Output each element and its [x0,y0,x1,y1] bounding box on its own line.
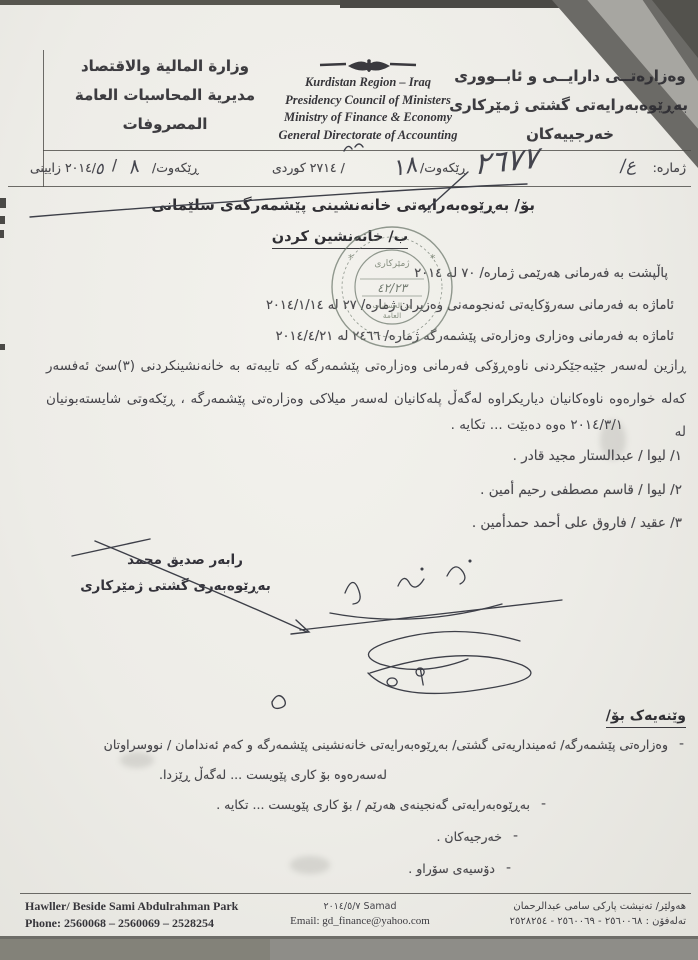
ref-number-handwritten: ٢٦٧٧ [474,140,539,182]
officer-item: ٢/ لیوا / قاسم مصطفی رحیم أمین . [480,482,682,498]
copies-heading: وێنەیەک بۆ/ [606,708,686,724]
footer-rule [20,893,691,894]
ministry-name-arabic: وزارة المالية والاقتصاد مديرية المحاسبات… [60,52,270,139]
footer-email: Email: gd_finance@yahoo.com [262,915,458,927]
bullet-dash: - [541,796,546,812]
officer-item: ٣/ عقید / فاروق علی أحمد حمدأمین . [472,515,682,531]
ref-number-handwritten-prefix: ع/ [619,155,637,176]
footer-address-english: Hawller/ Beside Sami Abdulrahman Park Ph… [25,898,238,932]
scanned-official-letter: وزارة المالية والاقتصاد مديرية المحاسبات… [0,0,698,960]
org-english-line: Presidency Council of Ministers [268,92,468,110]
ref-gregorian-month-handwritten: ٥ [95,159,104,178]
stamp-text: ژمێرکاری [374,259,409,269]
ref-gregorian-date-separator: / [112,156,117,174]
scan-nick [0,230,4,238]
org-kurdish-line: بەڕێوەبەرایەتی گشتی ژمێرکاری [452,91,688,120]
ministry-line: مديرية المحاسبات العامة [60,81,270,110]
footer-date: ٢٠١٤/٥/٧ Samad [280,901,440,912]
ref-gregorian-day-handwritten: ٨ [125,155,140,179]
scan-smudge [120,752,154,768]
addressee-line: بۆ/ بەڕێوەبەرایەتی خانەنشینی پێشمەرگەی س… [160,196,535,214]
footer-address-kurdish: هەولێر/ تەنیشت پارکی سامی عبدالرحمان تەل… [510,899,686,929]
signatory-title: بەڕێوەبەری گشتی ژمێرکاری [58,578,293,594]
footer-phone-ku-line: تەلەفۆن : ٢٥٦٠٠٦٨ - ٢٥٦٠٠٦٩ - ٢٥٢٨٢٥٤ [510,914,686,929]
copy-item: دۆسیەی سۆراو . [408,861,495,876]
org-english-line: General Directorate of Accounting [268,127,468,145]
bullet-dash: - [506,860,511,876]
copy-item: وەزارەتی پێشمەرگە/ ئەمینداریەتی گشتی/ بە… [104,737,668,752]
org-kurdish-line: خەرجییەکان [452,120,688,149]
scan-nick [0,198,6,208]
body-paragraph: ڕازین لەسەر جێبەجێکردنی ناوەڕۆکی فەرمانی… [46,350,686,449]
copy-item-continuation: لەسەرەوە بۆ کاری پێویست ... لەگەڵ ڕێزدا. [212,767,387,782]
officer-item: ١/ لیوا / عبدالستار مجید قادر . [513,448,682,464]
header-rule-top [43,150,691,151]
scan-nick [0,216,5,224]
subject-text: ب/ خانەنشین کردن [272,229,409,249]
reference-line: پاڵپشت بە فەرمانی هەرێمی ژمارە/ ٧٠ لە ٢٠… [414,266,668,281]
subject-line: ب/ خانەنشین کردن [245,229,435,245]
ref-kurdish-date-handwritten: ١٨ [390,152,420,183]
ref-kurdish-date-label: ڕێکەوت/ [420,160,467,175]
signature-scrawl [300,560,562,693]
org-kurdish-line: وەزارەتــی دارایــی و ئابــووری [452,62,688,91]
bullet-dash: - [679,736,684,752]
ministry-line: المصروفات [60,110,270,139]
scan-smudge [290,856,330,874]
signatory-name: رابەر صدیق محمد [95,552,275,568]
stamp-handwritten-number: ٤٢/٢٣ [377,281,409,295]
stamp-star: * [430,252,436,265]
ref-number-label: ژمارە: [653,160,686,175]
org-english-line: Kurdistan Region – Iraq [268,74,468,92]
ref-kurdish-date-text: / ٢٧١٤ کوردی [272,160,345,175]
reference-line: ئاماژە بە فەرمانی سەرۆکایەتی ئەنجومەنی و… [266,298,674,313]
org-name-kurdish: وەزارەتــی دارایــی و ئابــووری بەڕێوەبە… [452,62,688,149]
eagle-emblem-icon [318,56,418,74]
copy-item: بەڕێوەبەرایەتی گەنجینەی هەرێم / بۆ کاری … [216,797,530,812]
scan-nick [0,344,5,350]
stamp-star: * [348,252,354,265]
org-name-english: Kurdistan Region – Iraq Presidency Counc… [268,74,468,144]
bullet-dash: - [513,828,518,844]
footer-phone-line: Phone: 2560068 – 2560069 – 2528254 [25,915,238,932]
copy-item: خەرجیەکان . [436,829,502,844]
ref-gregorian-date-text: /٢٠١٤ زایینی [30,160,96,175]
ministry-line: وزارة المالية والاقتصاد [60,52,270,81]
org-english-line: Ministry of Finance & Economy [268,109,468,127]
footer-address-line: Hawller/ Beside Sami Abdulrahman Park [25,898,238,915]
copies-heading-text: وێنەیەک بۆ/ [606,708,686,728]
header-rule-bottom [8,186,691,187]
scan-edge-bottom-left [0,939,270,960]
ref-gregorian-date-label: ڕێکەوت/ [152,160,199,175]
reference-line: ئاماژە بە فەرمانی وەزاری وەزارەتی پێشمەر… [276,329,674,344]
body-closing-line: ٢٠١٤/٣/١ ەوە دەبێت ... تکایە . [451,417,623,433]
footer-address-ku-line: هەولێر/ تەنیشت پارکی سامی عبدالرحمان [510,899,686,914]
